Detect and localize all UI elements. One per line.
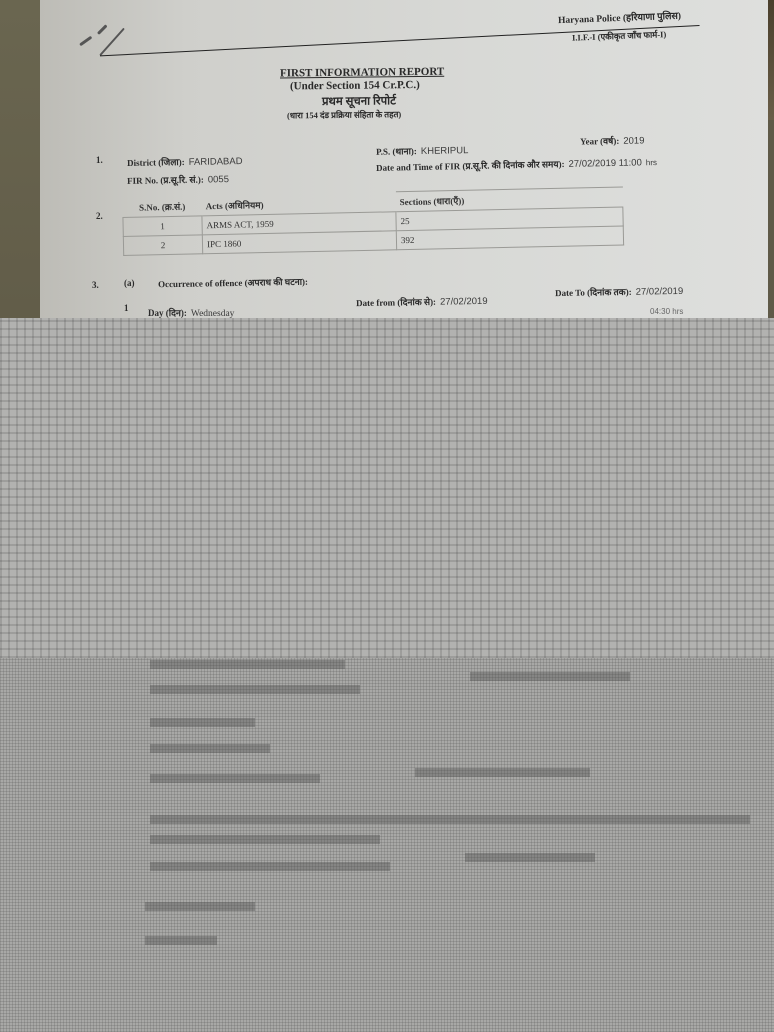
district-value: FARIDABAD bbox=[189, 156, 243, 168]
cell-sno: 1 bbox=[123, 216, 202, 237]
date-from-label: Date from (दिनांक से): bbox=[356, 297, 436, 308]
time-partial: 04:30 hrs bbox=[650, 307, 683, 316]
redacted-text-line bbox=[150, 660, 345, 669]
redacted-text-line bbox=[415, 768, 590, 777]
fir-number-label: FIR No. (प्र.सू.रि. सं.): bbox=[127, 175, 204, 186]
report-subtitle: (Under Section 154 Cr.P.C.) bbox=[290, 79, 420, 92]
police-station-label: P.S. (थाना): bbox=[376, 146, 417, 157]
redacted-text-line bbox=[150, 685, 360, 694]
date-to-label: Date To (दिनांक तक): bbox=[555, 287, 632, 298]
day-label: Day (दिन): bbox=[148, 308, 187, 318]
redacted-text-line bbox=[145, 902, 255, 911]
date-from-value: 27/02/2019 bbox=[440, 296, 488, 308]
report-subtitle-hindi: (धारा 154 दंड प्रक्रिया संहिता के तहत) bbox=[287, 109, 401, 121]
redacted-text-line bbox=[145, 936, 217, 945]
district-label: District (जिला): bbox=[127, 157, 185, 168]
cell-sno: 2 bbox=[123, 235, 202, 256]
redacted-text-line bbox=[150, 718, 255, 727]
redacted-text-line bbox=[150, 835, 380, 844]
district-field: District (जिला): FARIDABAD bbox=[127, 151, 243, 171]
occurrence-heading: Occurrence of offence (अपराध की घटना): bbox=[158, 275, 308, 291]
redacted-text-line bbox=[150, 744, 270, 753]
column-header-sno: S.No. (क्र.सं.) bbox=[123, 196, 202, 218]
redacted-region-upper bbox=[0, 318, 774, 658]
report-title: FIRST INFORMATION REPORT bbox=[280, 66, 444, 80]
fir-number-value: 0055 bbox=[208, 174, 229, 185]
redacted-text-line bbox=[465, 853, 595, 862]
pen-mark bbox=[99, 28, 125, 56]
redacted-text-line bbox=[150, 815, 750, 824]
fir-datetime-value: 27/02/2019 11:00 bbox=[568, 157, 641, 170]
fir-datetime-unit: hrs bbox=[646, 158, 657, 167]
year-value: 2019 bbox=[623, 135, 644, 146]
acts-sections-table: S.No. (क्र.सं.) Acts (अधिनियम) Sections … bbox=[122, 187, 624, 256]
year-field: Year (वर्ष): 2019 bbox=[580, 130, 645, 149]
pen-mark bbox=[97, 24, 108, 35]
report-title-hindi: प्रथम सूचना रिपोर्ट bbox=[322, 93, 396, 109]
section-1-number: 1. bbox=[96, 155, 103, 165]
date-to-value: 27/02/2019 bbox=[636, 286, 684, 298]
redacted-text-line bbox=[470, 672, 630, 681]
cell-act: IPC 1860 bbox=[202, 231, 396, 254]
header-form-id: I.I.F.-I (एकीकृत जाँच फार्म-I) bbox=[572, 29, 667, 43]
pen-mark bbox=[79, 36, 92, 47]
section-3-sub: (a) bbox=[124, 278, 135, 288]
year-label: Year (वर्ष): bbox=[580, 136, 619, 147]
redacted-text-line bbox=[150, 774, 320, 783]
section-3-number: 3. bbox=[92, 280, 99, 290]
cell-section: 392 bbox=[396, 226, 623, 250]
header-org: Haryana Police (हरियाणा पुलिस) bbox=[558, 9, 681, 27]
item-marker: 1 bbox=[124, 303, 129, 313]
section-2-number: 2. bbox=[96, 211, 103, 221]
fir-number-field: FIR No. (प्र.सू.रि. सं.): 0055 bbox=[127, 169, 229, 189]
date-from-field: Date from (दिनांक से): 27/02/2019 bbox=[356, 291, 488, 311]
redacted-text-line bbox=[150, 862, 390, 871]
fir-datetime-label: Date and Time of FIR (प्र.सू.रि. की दिना… bbox=[376, 159, 565, 173]
date-to-field: Date To (दिनांक तक): 27/02/2019 bbox=[555, 281, 683, 301]
